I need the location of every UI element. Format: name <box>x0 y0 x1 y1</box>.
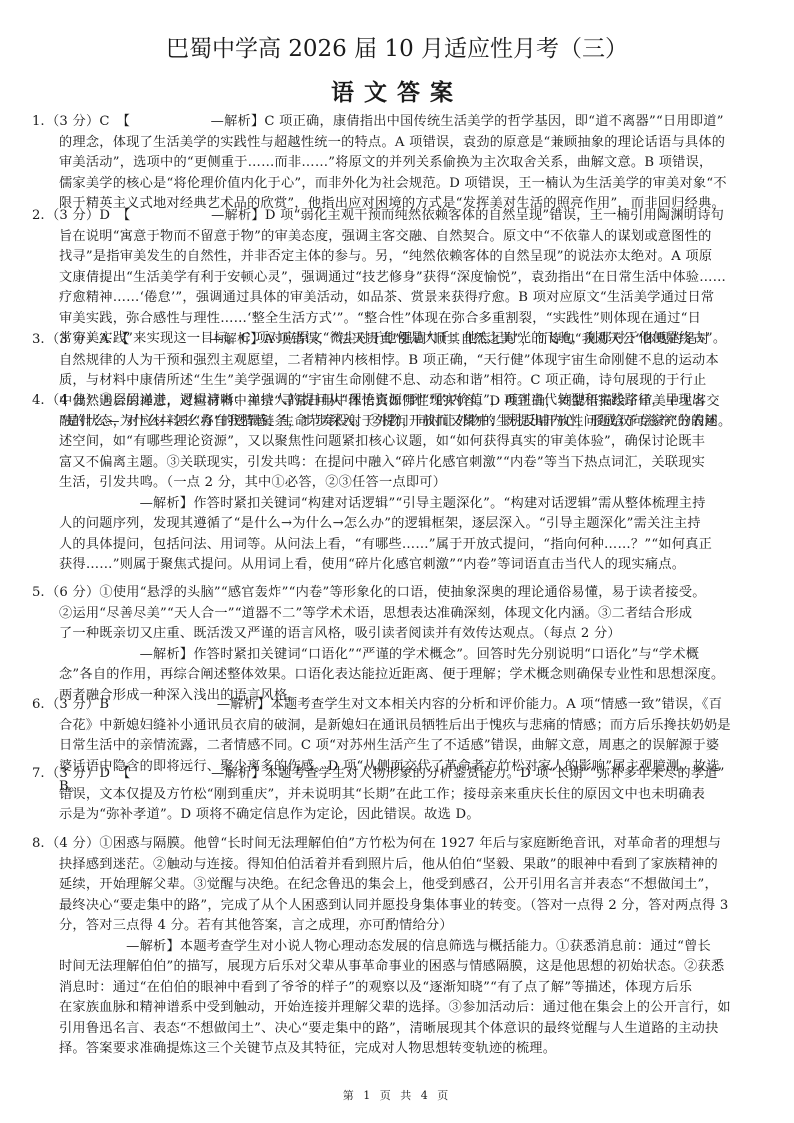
question-number: 6. <box>32 696 45 714</box>
answer-line: 人的具体提问，包括问法、用词等。从问法上看，“有哪些……”属于开放式提问，“指向… <box>59 536 712 554</box>
answer-line-first: （3 分）B —解析】本题考查学生对文本相关内容的分析和评价能力。A 项“情感一… <box>46 696 722 714</box>
answer-line-first: （6 分）①使用“悬浮的头脑”“感官轰炸”“内卷”等形象化的口语，使抽象深奥的理… <box>46 584 706 602</box>
answer-line: —解析】本题考查学生对小说人物心理动态发展的信息筛选与概括能力。①获悉消息前：通… <box>59 938 711 956</box>
answer-line: 述空间，如“有哪些理论资源”，又以聚焦性问题紧扣核心议题，如“如何获得真实的审美… <box>59 433 705 451</box>
answer-line: 人的问题序列，发现其遵循了“是什么→为什么→怎么办”的逻辑框架，逐层深入。“引导… <box>59 515 701 533</box>
question-number: 7. <box>32 765 45 783</box>
answer-line: 抉择感到迷茫。②触动与连接。得知伯伯活着并看到照片后，他从伯伯“坚毅、果敢”的眼… <box>59 856 718 874</box>
answer-line: 旨在说明“寓意于物而不留意于物”的审美态度，强调主客交融、自然契合。原文中“不依… <box>59 228 712 246</box>
answer-line-first: （3 分）D 【 —解析】D 项“弱化主观干预而纯然依赖客体的自然呈现”错误，王… <box>46 207 724 225</box>
answer-line: 在家族血脉和精神谱系中受到触动，开始连接并理解父辈的选择。③参加活动后：通过他在… <box>59 999 731 1017</box>
page-number-footer: 第 1 页 共 4 页 <box>0 1087 794 1103</box>
question-number: 4. <box>32 392 45 410</box>
answer-line: 引用鲁迅名言、表态“不想做闰土”、决心“要走集中的路”，清晰展现其个体意识的最终… <box>59 1020 719 1038</box>
answer-line: 最终决心“要走集中的路”，完成了从个人困惑到认同并愿投身集体事业的转变。（答对一… <box>59 897 729 915</box>
answer-line: 找寻”是指审美发生的自然性，并非否定主体的参与。另，“纯然依赖客体的自然呈现”的… <box>59 248 712 266</box>
answer-line: 文康倩提出“生活美学有利于安顿心灵”，强调通过“技艺修身”获得“深度愉悦”，袁劲… <box>59 269 726 287</box>
answer-line: 了一种既亲切又庄重、既活泼又严谨的语言风格，吸引读者阅读并有效传达观点。（每点 … <box>59 625 621 643</box>
answer-line-first: （4 分）①层层递进，逻辑清晰：主持人的提问从“理论资源”到“现实价值”，再到当… <box>46 392 705 410</box>
question-number: 5. <box>32 584 45 602</box>
answer-line: 择。答案要求准确提炼这三个关键节点及其特征，完成对人物思想转变轨迹的梳理。 <box>59 1040 556 1058</box>
answer-line: 念”各自的作用，再综合阐述整体效果。口语化表达能拉近距离、便于理解；学术概念则确… <box>59 666 724 684</box>
answer-line: —解析】作答时紧扣关键词“口语化”“严谨的学术概念”。回答时先分别说明“口语化”… <box>59 646 699 664</box>
answer-line: 合花》中新媳妇缝补小通讯员衣肩的破洞，是新媳妇在通讯员牺牲后出于愧疚与悲痛的情感… <box>59 717 731 735</box>
answer-line: 审美实践，弥合感性与理性……‘整全生活方式’”。“整合性”体现在弥合多重割裂，“… <box>59 310 701 328</box>
answer-line: 的理念，体现了生活美学的实践性与超越性统一的特点。A 项错误，袁劲的原意是“兼顾… <box>59 134 725 152</box>
question-number: 1. <box>32 113 45 131</box>
answer-line: “是什么—为什么—怎么办”的逻辑链条，步步深入。②提问开放而又集中：既提出开放性… <box>59 413 718 431</box>
answer-line: 质，与材料中康倩所述“生生”美学强调的“宇宙生命刚健不息、动态和谐”相符。C 项… <box>59 372 706 390</box>
page-title: 巴蜀中学高 2026 届 10 月适应性月考（三） <box>0 30 794 63</box>
answer-line-first: （3 分）A 【 —解析】A 项错误，“法天贵真”强调“顺其自然之美”，而诗句“… <box>46 331 710 349</box>
answer-line: 儒家美学的核心是“将伦理价值内化于心”，而非外化为社会规范。D 项错误，王一楠认… <box>59 175 727 193</box>
answer-line: 生活，引发共鸣。（一点 2 分，其中①必答，②③任答一点即可） <box>59 474 446 492</box>
answer-line-first: （3 分）C 【 —解析】C 项正确，康倩指出中国传统生活美学的哲学基因，即“道… <box>46 113 724 131</box>
answer-line: 获得……”则属于聚焦式提问。从用词上看，使用“碎片化感官刺激”“内卷”等词语直击… <box>59 556 685 574</box>
answer-line: ②运用“尽善尽美”“天人合一”“道器不二”等学术术语，思想表达准确深刻，体现文化… <box>59 605 692 623</box>
answer-line: 审美活动”，选项中的“更侧重于……而非……”将原文的并列关系偷换为主次取舍关系，… <box>59 154 712 172</box>
answer-line: 消息时：通过“在伯伯的眼神中看到了爷爷的样子”的观察以及“逐渐知晓”“有了点了解… <box>59 979 692 997</box>
answer-line: 富又不偏离主题。③关联现实，引发共鸣：在提问中融入“碎片化感官刺激”“内卷”等当… <box>59 454 705 472</box>
answer-line: 日常生活中的亲情流露，二者情感不同。C 项“对苏州生活产生了不适感”错误，曲解文… <box>59 737 719 755</box>
question-number: 3. <box>32 331 45 349</box>
question-number: 2. <box>32 207 45 225</box>
answer-line: 疗愈精神……‘倦怠’”，强调通过具体的审美活动，如品茶、赏景来获得疗愈。B 项对… <box>59 289 714 307</box>
answer-line: 示是为“弥补孝道”。D 项将不确定信息作为定论，因此错误。故选 D。 <box>59 806 480 824</box>
answer-line: 自然规律的人为干预和强烈主观愿望，二者精神内核相悖。B 项正确，“天行健”体现宇… <box>59 352 719 370</box>
answer-line: 错误，文本仅提及方竹松“刚到重庆”，并未说明其“长期”在此工作；接母亲来重庆长住… <box>59 786 705 804</box>
question-number: 8. <box>32 835 45 853</box>
answer-line: 时间无法理解伯伯”的描写，展现方后乐对父辈从事革命事业的困惑与情感隔膜，这是他思… <box>59 958 724 976</box>
page-subtitle: 语文答案 <box>0 74 794 107</box>
answer-line-first: （3 分）D 【 —解析】本题考查学生对人物形象的分析鉴赏能力。D 项“长期”“… <box>46 765 725 783</box>
answer-line: 延续，开始理解父辈。③觉醒与决绝。在纪念鲁迅的集会上，他受到感召，公开引用名言并… <box>59 876 718 894</box>
answer-line: 分，答对三点得 4 分。若有其他答案，言之成理，亦可酌情给分） <box>59 917 453 935</box>
answer-line: —解析】作答时紧扣关键词“构建对话逻辑”“引导主题深化”。“构建对话逻辑”需从整… <box>59 495 706 513</box>
answer-line-first: （4 分）①困惑与隔膜。他曾“长时间无法理解伯伯”方竹松为何在 1927 年后与… <box>46 835 721 853</box>
